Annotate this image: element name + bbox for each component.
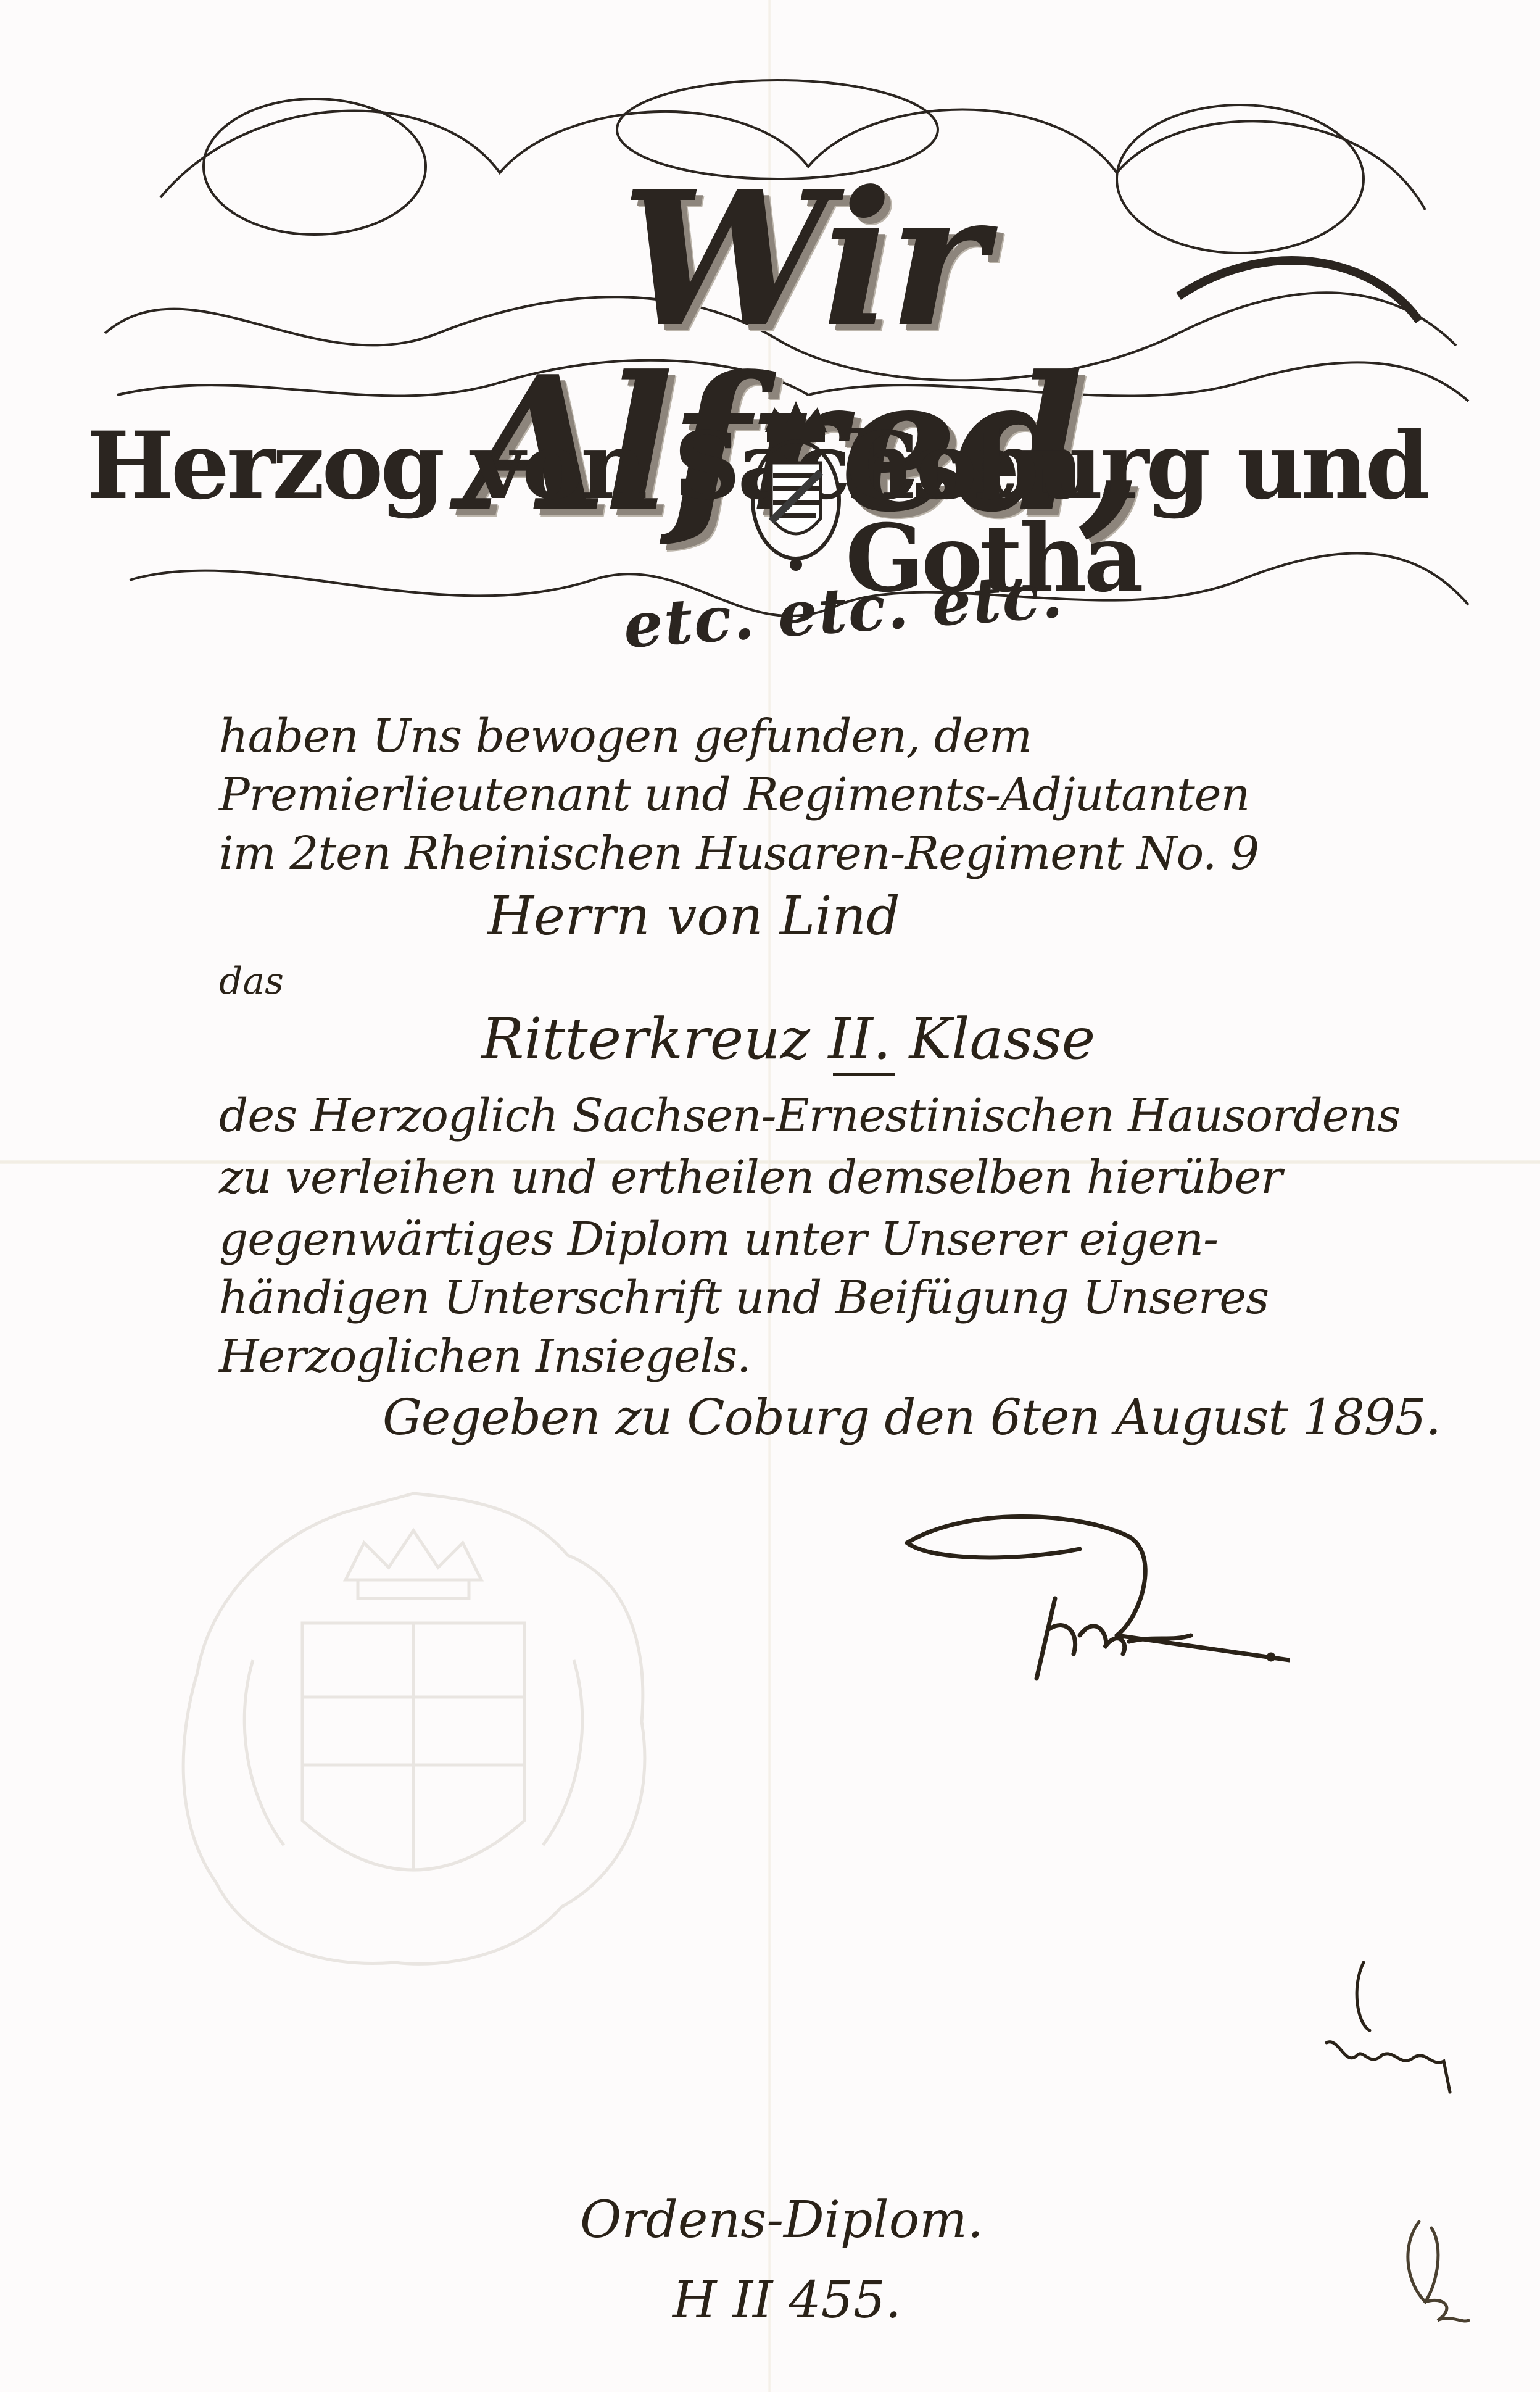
body-article: das: [219, 960, 284, 1003]
body-continuation-5: Herzoglichen Insiegels.: [219, 1330, 751, 1383]
footer-number: H II 455.: [673, 2271, 901, 2330]
award-title: Ritterkreuz II. Klasse: [481, 1006, 1095, 1072]
footer-label: Ordens-Diplom.: [580, 2191, 983, 2249]
engraved-header: Wir Alfred, Herzog von Sachsen Coburg un…: [68, 74, 1487, 691]
body-continuation-4: händigen Unterschrift und Beifügung Unse…: [219, 1271, 1269, 1324]
recipient-name: Herrn von Lind: [487, 886, 900, 947]
initial-mark-icon: [1394, 2209, 1481, 2333]
body-continuation-2: zu verleihen und ertheilen demselben hie…: [219, 1151, 1282, 1204]
dateline: Gegeben zu Coburg den 6ten August 1895.: [383, 1389, 1441, 1446]
body-continuation-3: gegenwärtiges Diplom unter Unserer eigen…: [219, 1213, 1218, 1266]
body-continuation-1: des Herzoglich Sachsen-Ernestinischen Ha…: [219, 1089, 1400, 1142]
body-line-1: haben Uns bewogen gefunden, dem: [219, 710, 1032, 763]
body-line-2: Premierlieutenant und Regiments-Adjutant…: [219, 768, 1249, 821]
countersignature-icon: [1314, 1950, 1462, 2098]
ducal-crest-icon: [743, 395, 848, 574]
body-line-3: im 2ten Rheinischen Husaren-Regiment No.…: [219, 827, 1259, 880]
sovereign-signature-icon: [895, 1493, 1290, 1691]
award-underline: [833, 1073, 895, 1076]
embossed-seal-icon: [160, 1475, 666, 1981]
